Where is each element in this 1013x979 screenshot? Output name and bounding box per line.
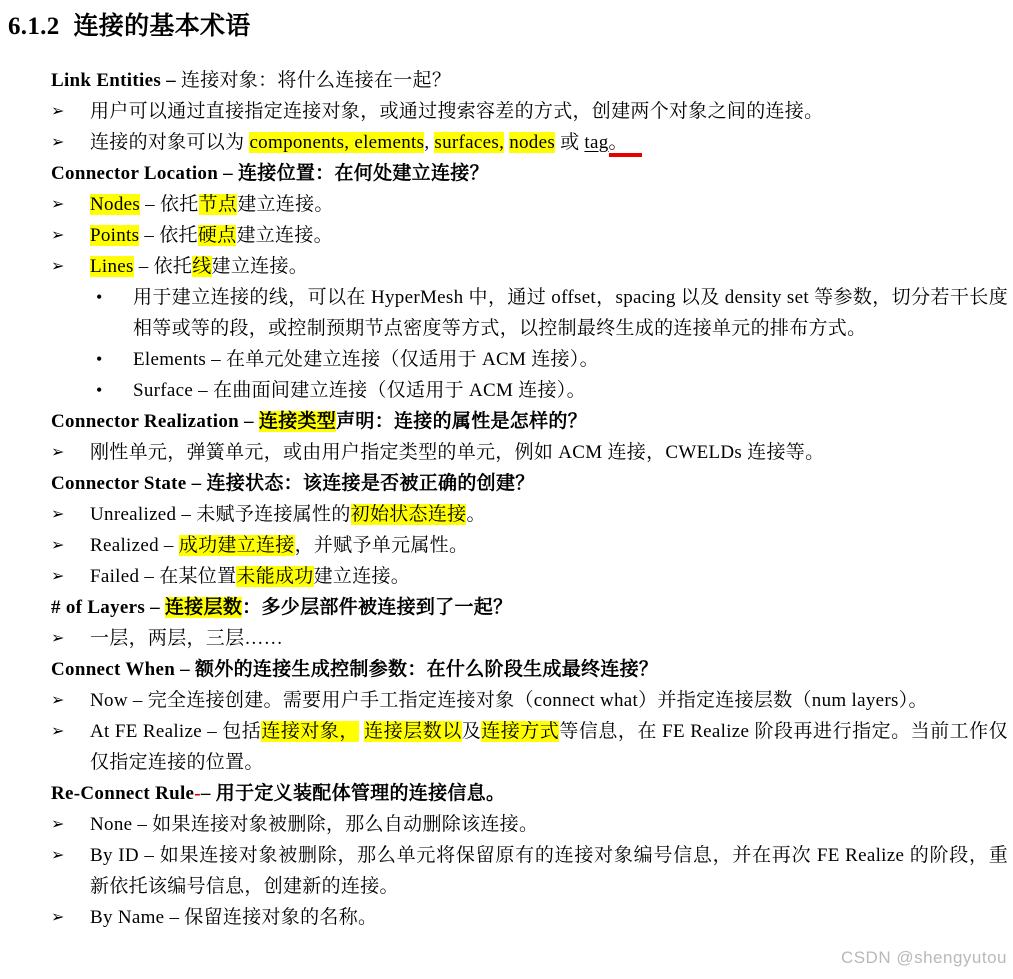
term-line: Link Entities – 连接对象：将什么连接在一起？ <box>51 65 1008 96</box>
line-text: Now – 完全连接创建。需要用户手工指定连接对象（connect what）并… <box>90 685 1008 716</box>
arrow-bullet-icon: ➢ <box>51 437 90 468</box>
text-segment: – 依托 <box>134 256 193 277</box>
section-title: 连接的基本术语 <box>74 13 251 40</box>
text-segment: None – 如果连接对象被删除，那么自动删除该连接。 <box>90 814 538 835</box>
text-segment: 连接层数以 <box>364 721 462 742</box>
text-segment: 建立连接。 <box>236 225 333 246</box>
arrow-bullet-icon: ➢ <box>51 840 90 902</box>
text-segment: 连接类型 <box>259 411 336 432</box>
text-segment: – 依托 <box>139 225 198 246</box>
line-text: Realized – 成功建立连接，并赋予单元属性。 <box>90 530 1008 561</box>
text-segment: 建立连接。 <box>212 256 309 277</box>
text-segment: Lines <box>90 256 134 277</box>
line-text: 连接的对象可以为 components, elements, surfaces,… <box>90 127 1008 158</box>
bullet-line: ➢连接的对象可以为 components, elements, surfaces… <box>51 127 1008 158</box>
dot-bullet-icon: • <box>96 375 133 406</box>
term-line: Connect When – 额外的连接生成控制参数：在什么阶段生成最终连接？ <box>51 654 1008 685</box>
text-segment: 。 <box>466 504 485 525</box>
text-segment: 连接对象：将什么连接在一起？ <box>181 70 451 91</box>
text-segment: 用于建立连接的线，可以在 HyperMesh 中，通过 offset，spaci… <box>133 287 1008 339</box>
bullet-line: ➢Points – 依托硬点建立连接。 <box>51 220 1008 251</box>
arrow-bullet-icon: ➢ <box>51 96 90 127</box>
text-segment: 连接层数 <box>165 597 242 618</box>
arrow-bullet-icon: ➢ <box>51 499 90 530</box>
term-line: # of Layers – 连接层数：多少层部件被连接到了一起？ <box>51 592 1008 623</box>
document-page: 6.1.2连接的基本术语 Link Entities – 连接对象：将什么连接在… <box>0 0 1013 933</box>
line-text: Elements – 在单元处建立连接（仅适用于 ACM 连接）。 <box>133 344 1008 375</box>
text-segment: 建立连接。 <box>314 566 411 587</box>
text-segment: 或 <box>555 132 584 153</box>
bullet-line: ➢Now – 完全连接创建。需要用户手工指定连接对象（connect what）… <box>51 685 1008 716</box>
line-text: By ID – 如果连接对象被删除，那么单元将保留原有的连接对象编号信息，并在再… <box>90 840 1008 902</box>
line-text: Re-Connect Rule-– 用于定义装配体管理的连接信息。 <box>51 778 1008 809</box>
text-segment: Failed – 在某位置 <box>90 566 236 587</box>
line-text: Points – 依托硬点建立连接。 <box>90 220 1008 251</box>
text-segment: 硬点 <box>198 225 237 246</box>
arrow-bullet-icon: ➢ <box>51 189 90 220</box>
dot-bullet-icon: • <box>96 344 133 375</box>
bullet-line: ➢At FE Realize – 包括连接对象， 连接层数以及连接方式等信息，在… <box>51 716 1008 778</box>
text-segment: Unrealized – 未赋予连接属性的 <box>90 504 351 525</box>
line-text: Connector State – 连接状态：该连接是否被正确的创建？ <box>51 468 1008 499</box>
term-line: Connector State – 连接状态：该连接是否被正确的创建？ <box>51 468 1008 499</box>
line-text: At FE Realize – 包括连接对象， 连接层数以及连接方式等信息，在 … <box>90 716 1008 778</box>
line-text: Link Entities – 连接对象：将什么连接在一起？ <box>51 65 1008 96</box>
dot-bullet-icon: • <box>96 282 133 344</box>
arrow-bullet-icon: ➢ <box>51 716 90 778</box>
text-segment: Realized – <box>90 535 179 556</box>
text-segment: 建立连接。 <box>237 194 334 215</box>
line-text: 用户可以通过直接指定连接对象，或通过搜索容差的方式，创建两个对象之间的连接。 <box>90 96 1008 127</box>
csdn-watermark: CSDN @shengyutou <box>841 948 1007 968</box>
bullet-line: ➢用户可以通过直接指定连接对象，或通过搜索容差的方式，创建两个对象之间的连接。 <box>51 96 1008 127</box>
arrow-bullet-icon: ➢ <box>51 127 90 158</box>
bullet-line: ➢By Name – 保留连接对象的名称。 <box>51 902 1008 933</box>
text-segment: Surface – 在曲面间建立连接（仅适用于 ACM 连接）。 <box>133 380 586 401</box>
text-segment: Connector Realization – <box>51 411 259 432</box>
bullet-line: ➢刚性单元，弹簧单元，或由用户指定类型的单元，例如 ACM 连接，CWELDs … <box>51 437 1008 468</box>
text-segment: ：多少层部件被连接到了一起？ <box>242 597 512 618</box>
text-segment: 用户可以通过直接指定连接对象，或通过搜索容差的方式，创建两个对象之间的连接。 <box>90 101 823 122</box>
arrow-bullet-icon: ➢ <box>51 251 90 282</box>
text-segment: nodes <box>509 132 555 153</box>
bullet-line: ➢一层，两层，三层…… <box>51 623 1008 654</box>
line-text: None – 如果连接对象被删除，那么自动删除该连接。 <box>90 809 1008 840</box>
arrow-bullet-icon: ➢ <box>51 530 90 561</box>
line-text: By Name – 保留连接对象的名称。 <box>90 902 1008 933</box>
text-segment: By Name – 保留连接对象的名称。 <box>90 907 377 928</box>
line-text: Nodes – 依托节点建立连接。 <box>90 189 1008 220</box>
document-content: Link Entities – 连接对象：将什么连接在一起？➢用户可以通过直接指… <box>51 65 1008 933</box>
text-segment: Now – 完全连接创建。需要用户手工指定连接对象（connect what）并… <box>90 690 928 711</box>
line-text: Failed – 在某位置未能成功建立连接。 <box>90 561 1008 592</box>
arrow-bullet-icon: ➢ <box>51 685 90 716</box>
text-segment: Nodes <box>90 194 140 215</box>
text-segment: – 用于定义装配体管理的连接信息。 <box>201 783 505 804</box>
bullet-line: ➢Unrealized – 未赋予连接属性的初始状态连接。 <box>51 499 1008 530</box>
text-segment: 节点 <box>199 194 238 215</box>
term-line: Re-Connect Rule-– 用于定义装配体管理的连接信息。 <box>51 778 1008 809</box>
text-segment: tag <box>584 132 608 153</box>
text-segment: By ID – 如果连接对象被删除，那么单元将保留原有的连接对象编号信息，并在再… <box>90 845 1008 897</box>
text-segment: 刚性单元，弹簧单元，或由用户指定类型的单元，例如 ACM 连接，CWELDs 连… <box>90 442 824 463</box>
text-segment: 成功建立连接 <box>179 535 295 556</box>
line-text: Surface – 在曲面间建立连接（仅适用于 ACM 连接）。 <box>133 375 1008 406</box>
text-segment: # of Layers – <box>51 597 165 618</box>
text-segment: Connector Location – 连接位置：在何处建立连接？ <box>51 163 489 184</box>
arrow-bullet-icon: ➢ <box>51 561 90 592</box>
text-segment: Connector State – 连接状态：该连接是否被正确的创建？ <box>51 473 535 494</box>
text-segment: , <box>424 132 434 153</box>
text-segment: Elements – 在单元处建立连接（仅适用于 ACM 连接）。 <box>133 349 599 370</box>
text-segment: Points <box>90 225 139 246</box>
line-text: Unrealized – 未赋予连接属性的初始状态连接。 <box>90 499 1008 530</box>
bullet-line: ➢Nodes – 依托节点建立连接。 <box>51 189 1008 220</box>
bullet-line: ➢Failed – 在某位置未能成功建立连接。 <box>51 561 1008 592</box>
line-text: Connector Location – 连接位置：在何处建立连接？ <box>51 158 1008 189</box>
text-segment: – 依托 <box>140 194 199 215</box>
line-text: Connect When – 额外的连接生成控制参数：在什么阶段生成最终连接？ <box>51 654 1008 685</box>
sub-bullet-line: •用于建立连接的线，可以在 HyperMesh 中，通过 offset，spac… <box>51 282 1008 344</box>
line-text: Lines – 依托线建立连接。 <box>90 251 1008 282</box>
text-segment: 初始状态连接 <box>351 504 467 525</box>
section-number: 6.1.2 <box>8 13 60 40</box>
bullet-line: ➢Lines – 依托线建立连接。 <box>51 251 1008 282</box>
term-line: Connector Location – 连接位置：在何处建立连接？ <box>51 158 1008 189</box>
text-segment: 连接的对象可以为 <box>90 132 249 153</box>
bullet-line: ➢By ID – 如果连接对象被删除，那么单元将保留原有的连接对象编号信息，并在… <box>51 840 1008 902</box>
line-text: Connector Realization – 连接类型声明：连接的属性是怎样的… <box>51 406 1008 437</box>
term-line: Connector Realization – 连接类型声明：连接的属性是怎样的… <box>51 406 1008 437</box>
section-heading: 6.1.2连接的基本术语 <box>8 12 1013 42</box>
text-segment: 。 <box>609 132 642 157</box>
line-text: 一层，两层，三层…… <box>90 623 1008 654</box>
bullet-line: ➢Realized – 成功建立连接，并赋予单元属性。 <box>51 530 1008 561</box>
text-segment: 连接对象， <box>261 721 359 742</box>
arrow-bullet-icon: ➢ <box>51 623 90 654</box>
text-segment: components, elements <box>249 132 424 153</box>
text-segment: Re-Connect Rule <box>51 783 194 804</box>
sub-bullet-line: •Surface – 在曲面间建立连接（仅适用于 ACM 连接）。 <box>51 375 1008 406</box>
arrow-bullet-icon: ➢ <box>51 902 90 933</box>
text-segment: 线 <box>192 256 211 277</box>
text-segment: ，并赋予单元属性。 <box>295 535 469 556</box>
text-segment: At FE Realize – 包括 <box>90 721 261 742</box>
arrow-bullet-icon: ➢ <box>51 809 90 840</box>
arrow-bullet-icon: ➢ <box>51 220 90 251</box>
line-text: # of Layers – 连接层数：多少层部件被连接到了一起？ <box>51 592 1008 623</box>
bullet-line: ➢None – 如果连接对象被删除，那么自动删除该连接。 <box>51 809 1008 840</box>
text-segment: 声明：连接的属性是怎样的？ <box>336 411 587 432</box>
text-segment: - <box>194 783 201 804</box>
text-segment: 连接方式 <box>481 721 559 742</box>
line-text: 刚性单元，弹簧单元，或由用户指定类型的单元，例如 ACM 连接，CWELDs 连… <box>90 437 1008 468</box>
text-segment: Connect When – 额外的连接生成控制参数：在什么阶段生成最终连接？ <box>51 659 658 680</box>
sub-bullet-line: •Elements – 在单元处建立连接（仅适用于 ACM 连接）。 <box>51 344 1008 375</box>
text-segment: 及 <box>462 721 482 742</box>
text-segment: Link Entities – <box>51 70 181 91</box>
text-segment: 未能成功 <box>236 566 313 587</box>
text-segment: 一层，两层，三层…… <box>90 628 283 649</box>
line-text: 用于建立连接的线，可以在 HyperMesh 中，通过 offset，spaci… <box>133 282 1008 344</box>
text-segment: surfaces, <box>434 132 504 153</box>
